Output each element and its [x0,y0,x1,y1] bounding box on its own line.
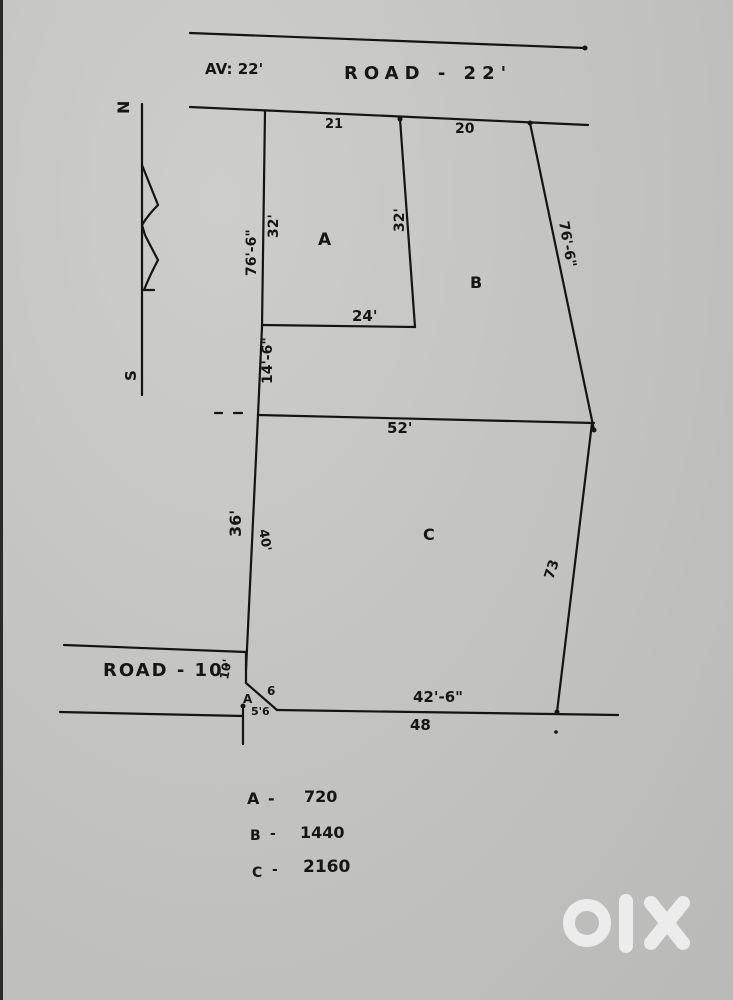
road-top-edge-line [190,33,585,48]
plot-c-bottom-total: 48 [410,716,431,734]
plot-a-right-dim: 32' [392,208,408,232]
plot-a-left-line [262,111,265,327]
olx-o-icon [569,905,605,941]
plot-a-label: A [318,230,332,250]
plot-c-top-dim: 52' [387,419,412,437]
corner-diagonal-dim: 6 [267,684,275,698]
corner-bottom-dim: 5'6 [251,705,270,718]
olx-watermark-logo [563,888,698,958]
area-separator: - [272,862,278,878]
plot-sketch: AV: 22' ROAD - 22' 21 20 N S A 32' 32' 2… [0,0,733,1000]
top-segment-a-label: 21 [325,117,343,132]
area-separator: - [270,826,276,842]
plot-c-label: C [423,525,435,544]
area-value: 720 [304,787,337,806]
area-plot-label: C [252,865,262,881]
compass-squiggle [142,165,158,290]
side-road-vertical-dim: 10' [217,658,234,680]
corner-label: A [243,692,253,706]
side-road-label: ROAD - 10' [103,660,231,681]
top-road-label: ROAD - 22' [344,63,512,84]
plot-bc-divider [258,415,594,423]
plot-a-bottom-line [262,325,415,327]
plot-a-bottom-dim: 24' [352,307,377,325]
area-value: 1440 [300,823,345,842]
plot-c-bottom-dim: 42'-6" [413,688,463,706]
left-boundary-lower [246,415,258,670]
plot-c-right-line [557,423,592,712]
left-upper-total-dim: 76'-6" [244,229,260,276]
plot-c-right-dim: 73 [542,558,563,581]
side-road-top-line [64,645,246,652]
side-road-bottom-line [60,712,243,716]
plot-b-right-line [530,123,594,430]
area-separator: - [268,789,275,808]
left-upper-gap-dim: 14'-6" [260,337,276,384]
top-segment-b-label: 20 [455,121,475,137]
olx-l-icon [619,894,633,953]
area-legend: A - 720 B - 1440 C - 2160 [247,787,350,881]
plot-c-left-dim: 40' [255,528,274,552]
plot-a-left-dim: 32' [266,214,282,238]
olx-x-icon [651,903,683,943]
plot-b-label: B [470,273,482,292]
area-plot-label: B [250,828,261,844]
compass-north-label: N [114,101,133,114]
area-plot-label: A [247,789,260,808]
left-lower-outer-dim: 36' [226,510,245,537]
compass-south-label: S [122,370,140,381]
area-value: 2160 [303,857,350,877]
plot-bottom-boundary [277,710,618,715]
road-prefix-label: AV: 22' [205,60,263,78]
